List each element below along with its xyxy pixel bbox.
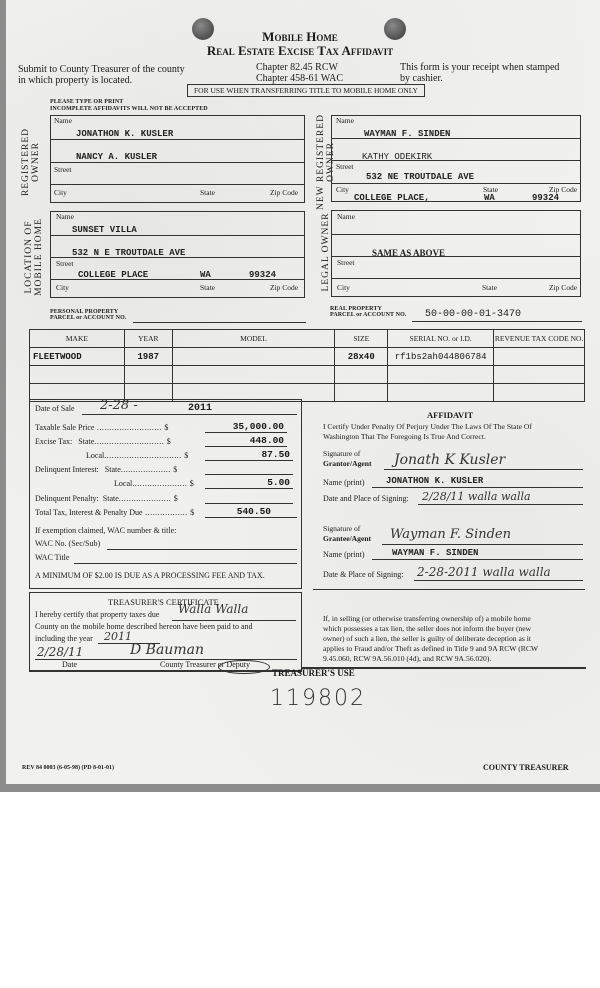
new-owner-city-field[interactable]: COLLEGE PLACE,: [354, 193, 430, 203]
location-state-field[interactable]: WA: [200, 270, 211, 280]
treasurer-date-handwritten[interactable]: 2/28/11: [37, 645, 83, 659]
wac-no-label: WAC No. (Sec/Sub): [35, 539, 100, 548]
delinquent-interest-local-text: Local: [114, 479, 132, 488]
date-of-sale-handwritten[interactable]: 2-28 -: [100, 398, 138, 413]
receipt-note-line1: This form is your receipt when stamped: [400, 62, 559, 73]
location-address-field[interactable]: 532 N E TROUTDALE AVE: [72, 248, 185, 258]
registered-owner-label: REGISTERED OWNER: [21, 117, 41, 207]
delinquent-interest-text: Delinquent Interest:: [35, 465, 99, 474]
registered-owner-state-label: State: [200, 188, 215, 197]
cell-make[interactable]: FLEETWOOD: [30, 348, 125, 366]
table-row: FLEETWOOD 1987 28x40 rf1bs2ah044806784: [30, 348, 585, 366]
grantee-sig-label-line1: Signature of: [323, 524, 371, 534]
deputy-circle-mark: [218, 660, 270, 674]
excise-tax-local-label: Local............................... $: [86, 451, 188, 460]
cell-revenue-tax-code[interactable]: [494, 384, 585, 402]
delinquent-interest-local-label: Local...................... $: [114, 479, 194, 488]
location-street-label: Street: [56, 259, 74, 268]
wac-title-field[interactable]: [74, 563, 297, 564]
lien-notice-line4: applies to Fraud and/or Theft as defined…: [323, 644, 538, 654]
delinquent-penalty-state-field[interactable]: [205, 492, 293, 504]
delinquent-penalty-state-label: Delinquent Penalty: State...............…: [35, 494, 178, 503]
new-owner-street-label: Street: [336, 162, 354, 171]
new-owner-zip-field[interactable]: 99324: [532, 193, 559, 203]
treasurer-county-handwritten[interactable]: Walla Walla: [178, 602, 248, 616]
real-property-label-line2: PARCEL or ACCOUNT NO.: [330, 312, 406, 318]
cell-year[interactable]: 1987: [124, 348, 172, 366]
affidavit-heading: AFFIDAVIT: [427, 410, 473, 420]
certify-line2: Washington That The Foregoing Is True An…: [323, 432, 532, 442]
taxable-sale-price-field[interactable]: 35,000.00: [205, 421, 287, 433]
registered-owner-name1-field[interactable]: JONATHON K. KUSLER: [76, 129, 173, 139]
cell-size[interactable]: [335, 366, 388, 384]
currency-symbol: $: [174, 494, 178, 503]
registered-owner-label-line1: REGISTERED: [21, 117, 31, 207]
form-title-line2: Real Estate Excise Tax Affidavit: [0, 43, 600, 59]
submit-instructions: Submit to County Treasurer of the county…: [18, 64, 185, 86]
legal-owner-box: [331, 210, 581, 297]
registered-owner-name-label: Name: [54, 116, 72, 125]
currency-symbol: $: [173, 465, 177, 474]
treasurer-cert-line2: County on the mobile home described here…: [35, 622, 253, 631]
chapter-wac: Chapter 458-61 WAC: [256, 73, 343, 84]
cell-serial[interactable]: [388, 366, 494, 384]
location-label-line1: LOCATION OF: [24, 207, 34, 307]
mobile-home-table: MAKE YEAR MODEL SIZE SERIAL NO. or I.D. …: [29, 329, 585, 402]
currency-symbol: $: [184, 451, 188, 460]
form-revision: REV 84 0003 (6-05-98) (PD 8-01-01): [22, 765, 114, 771]
location-name-field[interactable]: SUNSET VILLA: [72, 225, 137, 235]
personal-property-label-line2: PARCEL or ACCOUNT NO.: [50, 315, 126, 321]
grantee-date-place-label: Date & Place of Signing:: [323, 570, 403, 579]
cell-model[interactable]: [172, 348, 335, 366]
minimum-fee-notice: A MINIMUM OF $2.00 IS DUE AS A PROCESSIN…: [35, 571, 265, 580]
location-of-mobile-home-label: LOCATION OF MOBILE HOME: [24, 207, 44, 307]
wac-title-label: WAC Title: [35, 553, 69, 562]
location-zip-field[interactable]: 99324: [249, 270, 276, 280]
grantor-date-place-label: Date and Place of Signing:: [323, 494, 409, 503]
grantee-signature-field[interactable]: Wayman F. Sinden: [390, 527, 511, 542]
cell-serial[interactable]: rf1bs2ah044806784: [388, 348, 494, 366]
excise-local-field[interactable]: 87.50: [205, 449, 293, 461]
county-treasurer-footer: COUNTY TREASURER: [483, 763, 569, 772]
legal-owner-state-label: State: [482, 283, 497, 292]
total-due-text: Total Tax, Interest & Penalty Due: [35, 508, 143, 517]
grantor-date-place-field[interactable]: 2/28/11 walla walla: [422, 490, 531, 503]
new-owner-name2-field[interactable]: KATHY ODEKIRK: [362, 152, 432, 162]
total-due-value: 540.50: [237, 506, 271, 517]
location-city-field[interactable]: COLLEGE PLACE: [78, 270, 148, 280]
delinquent-interest-state-label: Delinquent Interest: State..............…: [35, 465, 177, 474]
treasurer-cert-line1: I hereby certify that property taxes due: [35, 610, 159, 619]
excise-state-field[interactable]: 448.00: [205, 435, 287, 447]
delinquent-interest-state-field[interactable]: [205, 463, 293, 475]
lien-notice-line1: If, in selling (or otherwise transferrin…: [323, 614, 538, 624]
cell-make[interactable]: [30, 366, 125, 384]
new-owner-street-field[interactable]: 532 NE TROUTDALE AVE: [366, 172, 474, 182]
grantee-sig-label-line2: Grantee/Agent: [323, 534, 371, 544]
cell-serial[interactable]: [388, 384, 494, 402]
grantee-date-place-field[interactable]: 2-28-2011 walla walla: [417, 565, 551, 579]
treasurers-use-heading: TREASURER'S USE: [272, 668, 355, 678]
grantor-sig-label-line1: Signature of: [323, 449, 372, 459]
new-owner-name1-field[interactable]: WAYMAN F. SINDEN: [364, 129, 450, 139]
real-property-parcel-field[interactable]: 50-00-00-01-3470: [425, 309, 521, 320]
table-header-row: MAKE YEAR MODEL SIZE SERIAL NO. or I.D. …: [30, 330, 585, 348]
grantor-name-print-field[interactable]: JONATHON K. KUSLER: [386, 476, 483, 486]
total-due-field[interactable]: 540.50: [205, 506, 297, 518]
grantee-signature-label: Signature of Grantee/Agent: [323, 524, 371, 544]
taxable-sale-price-value: 35,000.00: [233, 421, 284, 432]
chapter-rcw: Chapter 82.45 RCW: [256, 62, 343, 73]
legal-owner-zip-label: Zip Code: [549, 283, 577, 292]
delinquent-penalty-state-text: State: [103, 494, 119, 503]
new-owner-state-field[interactable]: WA: [484, 193, 495, 203]
grantee-name-print-field[interactable]: WAYMAN F. SINDEN: [392, 548, 478, 558]
grantor-sig-label-line2: Grantor/Agent: [323, 459, 372, 469]
affidavit-certification: I Certify Under Penalty Of Perjury Under…: [323, 422, 532, 442]
submit-instructions-line2: in which property is located.: [18, 75, 185, 86]
new-registered-owner-label-line1: NEW REGISTERED: [316, 112, 326, 212]
excise-local-value: 87.50: [261, 449, 290, 460]
receipt-note-line2: by cashier.: [400, 73, 559, 84]
wac-no-field[interactable]: [107, 549, 297, 550]
excise-state-text: State: [78, 437, 94, 446]
certify-line1: I Certify Under Penalty Of Perjury Under…: [323, 422, 532, 432]
location-label-line2: MOBILE HOME: [34, 207, 44, 307]
table-row: [30, 366, 585, 384]
delinquent-interest-local-value: 5.00: [267, 477, 290, 488]
lien-notice-line2: which possesses a tax lien, the seller d…: [323, 624, 538, 634]
delinquent-interest-local-field[interactable]: 5.00: [205, 477, 293, 489]
currency-symbol: $: [164, 423, 168, 432]
chapter-references: Chapter 82.45 RCW Chapter 458-61 WAC: [256, 62, 343, 84]
taxable-sale-price-label: Taxable Sale Price .....................…: [35, 423, 168, 432]
excise-local-text: Local: [86, 451, 104, 460]
delinquent-penalty-text: Delinquent Penalty:: [35, 494, 99, 503]
excise-tax-state-label: Excise Tax: State.......................…: [35, 437, 171, 446]
lien-notice-line3: owner) of such a lien, the seller is gui…: [323, 634, 538, 644]
treasurer-date-label: Date: [62, 660, 77, 669]
excise-tax-text: Excise Tax:: [35, 437, 72, 446]
legal-owner-name-label: Name: [337, 212, 355, 221]
type-or-print-note: PLEASE TYPE OR PRINT: [50, 99, 123, 105]
currency-symbol: $: [190, 508, 194, 517]
registered-owner-street-label: Street: [54, 165, 72, 174]
location-zip-label: Zip Code: [270, 283, 298, 292]
registered-owner-city-label: City: [54, 188, 67, 197]
currency-symbol: $: [190, 479, 194, 488]
incomplete-warning: INCOMPLETE AFFIDAVITS WILL NOT BE ACCEPT…: [50, 106, 208, 112]
col-year: YEAR: [124, 330, 172, 348]
registered-owner-zip-label: Zip Code: [270, 188, 298, 197]
cell-size[interactable]: 28x40: [335, 348, 388, 366]
personal-property-parcel-field[interactable]: [133, 322, 306, 323]
tax-lien-notice: If, in selling (or otherwise transferrin…: [323, 614, 538, 664]
treasurer-signature[interactable]: D Bauman: [130, 642, 204, 658]
date-of-sale-label: Date of Sale: [35, 404, 75, 413]
legal-owner-city-label: City: [337, 283, 350, 292]
col-make: MAKE: [30, 330, 125, 348]
treasurer-cert-line3: including the year: [35, 634, 93, 643]
cell-year[interactable]: [124, 366, 172, 384]
cell-revenue-tax-code[interactable]: [494, 348, 585, 366]
total-due-label: Total Tax, Interest & Penalty Due ......…: [35, 508, 194, 517]
cell-model[interactable]: [172, 366, 335, 384]
legal-owner-label: LEGAL OWNER: [321, 202, 331, 302]
new-owner-city-label: City: [336, 185, 349, 194]
location-state-label: State: [200, 283, 215, 292]
transfer-notice-box: FOR USE WHEN TRANSFERRING TITLE TO MOBIL…: [187, 84, 425, 97]
grantee-name-print-label: Name (print): [323, 550, 365, 559]
delinquent-interest-state-text: State: [105, 465, 121, 474]
legal-owner-street-label: Street: [337, 258, 355, 267]
registered-owner-name2-field[interactable]: NANCY A. KUSLER: [76, 152, 157, 162]
receipt-note: This form is your receipt when stamped b…: [400, 62, 559, 84]
col-model: MODEL: [172, 330, 335, 348]
cell-size[interactable]: [335, 384, 388, 402]
col-serial: SERIAL NO. or I.D.: [388, 330, 494, 348]
personal-property-label: PERSONAL PROPERTY PARCEL or ACCOUNT NO.: [50, 309, 126, 321]
treasurer-year-handwritten[interactable]: 2011: [104, 630, 132, 643]
submit-instructions-line1: Submit to County Treasurer of the county: [18, 64, 185, 75]
grantor-signature-label: Signature of Grantor/Agent: [323, 449, 372, 469]
location-city-label: City: [56, 283, 69, 292]
treasurers-use-number[interactable]: 119802: [270, 686, 366, 711]
exemption-label: If exemption claimed, WAC number & title…: [35, 526, 176, 535]
legal-owner-same-as-above[interactable]: SAME AS ABOVE: [372, 248, 445, 258]
registered-owner-label-line2: OWNER: [31, 117, 41, 207]
real-property-label: REAL PROPERTY PARCEL or ACCOUNT NO.: [330, 306, 406, 318]
location-name-label: Name: [56, 212, 74, 221]
grantor-name-print-label: Name (print): [323, 478, 365, 487]
col-revenue-tax-code: REVENUE TAX CODE NO.: [494, 330, 585, 348]
lien-notice-line5: 9.45.060, RCW 9A.56.010 (4d), and RCW 9A…: [323, 654, 538, 664]
currency-symbol: $: [167, 437, 171, 446]
date-of-sale-year[interactable]: 2011: [188, 403, 212, 414]
grantor-signature-field[interactable]: Jonath K Kusler: [394, 452, 505, 468]
new-owner-name-label: Name: [336, 116, 354, 125]
cell-revenue-tax-code[interactable]: [494, 366, 585, 384]
excise-state-value: 448.00: [250, 435, 284, 446]
taxable-sale-price-text: Taxable Sale Price: [35, 423, 94, 432]
col-size: SIZE: [335, 330, 388, 348]
